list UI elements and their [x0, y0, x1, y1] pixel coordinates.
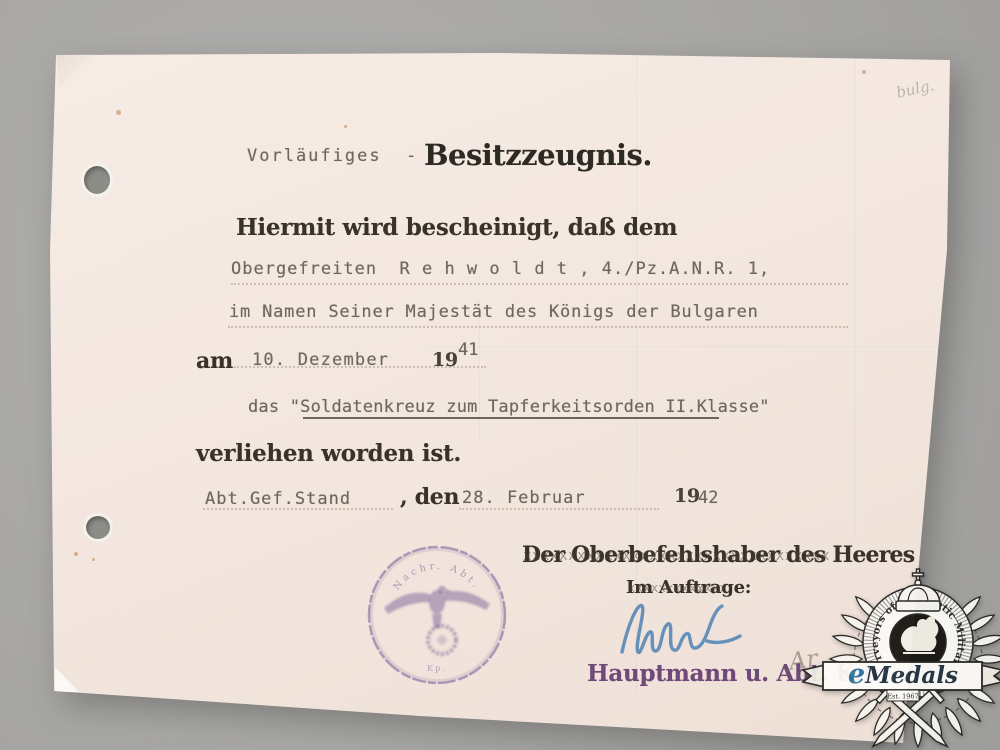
stamp-ring-text: Nachr. Abt. [391, 561, 482, 593]
document-title: Besitzzeugnis. [424, 138, 652, 172]
paper-fold-top-left [56, 52, 94, 88]
paper-stain [116, 110, 121, 115]
date-label: am [196, 348, 233, 374]
closing-line: verliehen worden ist. [196, 440, 461, 467]
corner-pencil-note: bulg. [895, 76, 936, 102]
signature-ink [622, 606, 740, 653]
paper-stain [862, 70, 866, 74]
place-value: Abt.Gef.Stand [205, 489, 351, 509]
brand-text-medals: Medals [864, 662, 958, 689]
established-text: Est. 1967 [887, 693, 918, 701]
stamp-eagle-icon [384, 586, 490, 654]
brand-text-e: e [848, 659, 865, 690]
paper-stain [92, 558, 95, 561]
svg-text:Nachr. Abt.: Nachr. Abt. [391, 561, 482, 593]
paper-stain [74, 552, 78, 556]
punch-hole-top [81, 163, 113, 197]
date-century: 19 [432, 349, 458, 371]
date-value: 10. Dezember [252, 350, 389, 370]
strikethrough-overtype: xxxxxxxxxxxxxxxxxxxxxxxxxxxxxxxxxx [523, 548, 830, 564]
punch-hole-bottom [83, 513, 113, 542]
issue-date-value: 28. Februar [462, 488, 586, 508]
signature [612, 594, 752, 666]
authority-line: im Namen Seiner Majestät des Königs der … [229, 302, 759, 322]
strikethrough-overtype: xxxxxxxxxxxxx [628, 581, 727, 595]
crown-icon [896, 569, 940, 611]
issue-century: 19 [674, 485, 700, 507]
paper-crease [430, 346, 945, 349]
svg-text:eMedals: eMedals [848, 659, 958, 690]
paper-stain [344, 125, 347, 128]
award-underline [303, 417, 719, 419]
den-label: , den [400, 484, 459, 510]
form-rule [228, 326, 848, 328]
award-line: das "Soldatenkreuz zum Tapferkeitsorden … [248, 397, 770, 417]
photo-background: Vorläufiges - Besitzzeugnis. Hiermit wir… [0, 0, 1000, 750]
unit-stamp: Nachr. Abt. Kp. [366, 544, 508, 686]
emedals-watermark: Purveyors of Authentic Militaria [795, 543, 1000, 750]
paper-fold-bottom-left [55, 662, 79, 692]
recipient-line: Obergefreiten R e h w o l d t , 4./Pz.A.… [231, 259, 770, 279]
form-rule [459, 508, 659, 510]
issue-year: 42 [698, 488, 718, 508]
paper-crease [854, 58, 857, 538]
heading-prefix: Vorläufiges - [247, 146, 418, 166]
stamp-ring-text-bottom: Kp. [427, 664, 447, 673]
certify-line: Hiermit wird bescheinigt, daß dem [236, 214, 677, 241]
date-year: 41 [458, 340, 478, 360]
form-rule [231, 283, 848, 285]
